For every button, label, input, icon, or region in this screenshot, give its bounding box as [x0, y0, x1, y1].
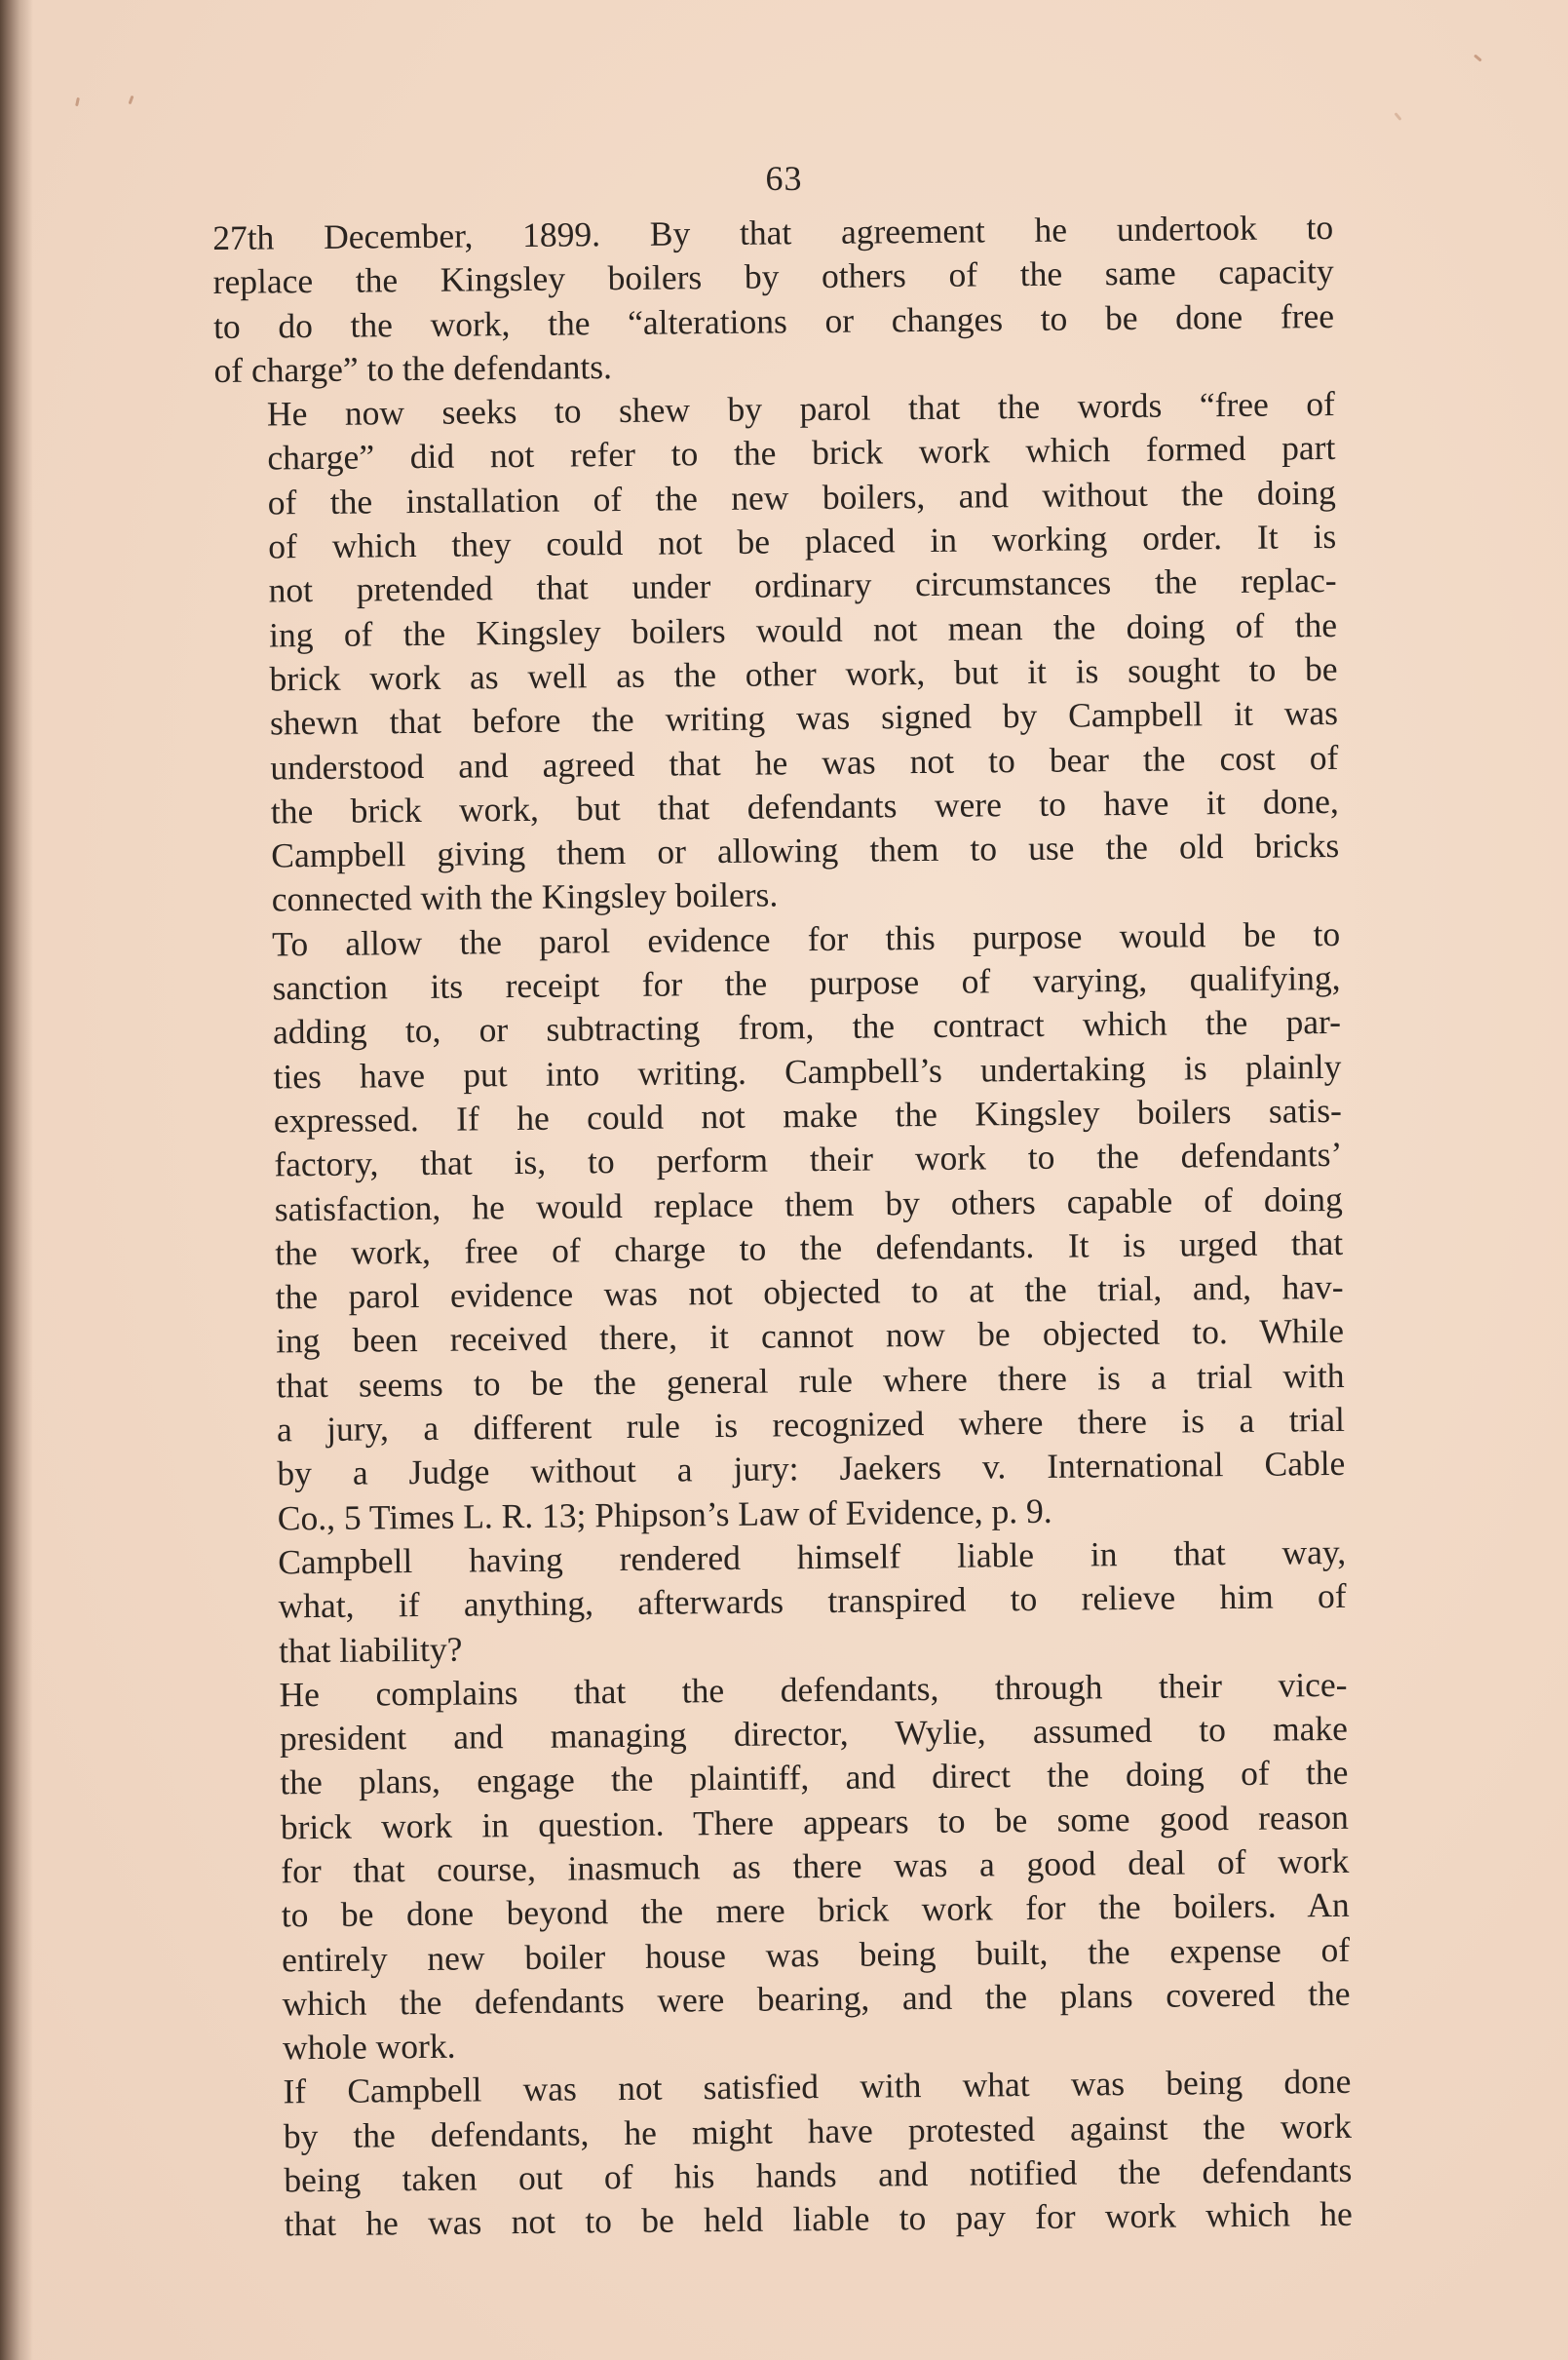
paper-speck [1394, 112, 1401, 121]
text-line: that he was not to be held liable to pay… [232, 2192, 1353, 2247]
page-number: 63 [0, 158, 1568, 199]
paper-speck [129, 96, 134, 104]
paragraph-2: He now seeks to shew by parol that the w… [214, 382, 1340, 923]
book-page: 63 27th December, 1899. By that agreemen… [0, 0, 1568, 2360]
paragraph-6: If Campbell was not satisfied with what … [230, 2060, 1353, 2247]
paper-speck [1473, 54, 1482, 61]
binding-shadow [0, 0, 33, 2360]
paragraph-5: He complains that the defendants, throug… [226, 1663, 1351, 2071]
paper-speck [75, 97, 80, 106]
paragraph-4: Campbell having rendered himself liable … [225, 1530, 1347, 1674]
paragraph-1: 27th December, 1899. By that agreement h… [212, 206, 1335, 393]
paragraph-3: To allow the parol evidence for this pur… [219, 912, 1346, 1541]
body-text: 27th December, 1899. By that agreement h… [212, 206, 1353, 2248]
